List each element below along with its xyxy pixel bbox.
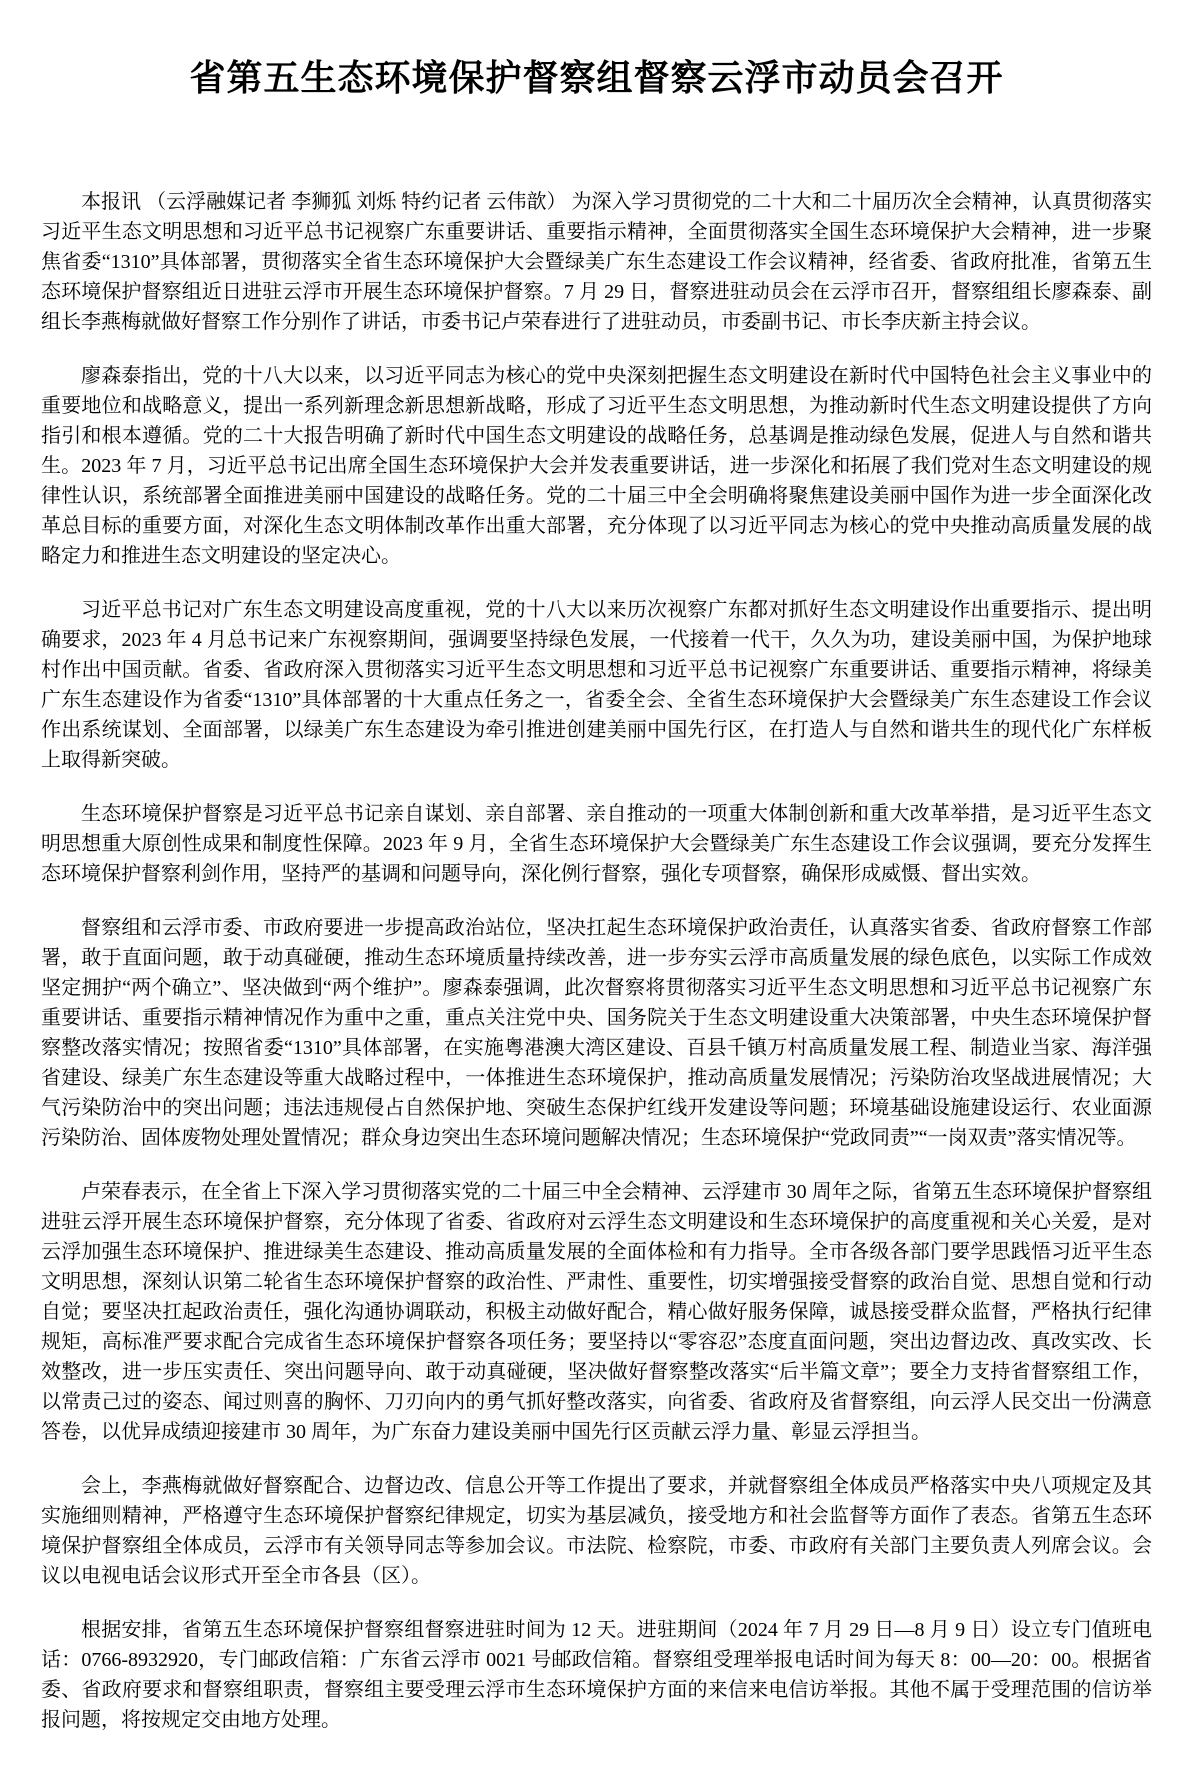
article-title: 省第五生态环境保护督察组督察云浮市动员会召开 xyxy=(41,56,1152,101)
article-body: 本报讯 （云浮融媒记者 李狮狐 刘烁 特约记者 云伟歆） 为深入学习贯彻党的二十… xyxy=(41,187,1152,1735)
article-paragraph: 习近平总书记对广东生态文明建设高度重视，党的十八大以来历次视察广东都对抓好生态文… xyxy=(41,595,1152,775)
article-paragraph: 督察组和云浮市委、市政府要进一步提高政治站位，坚决扛起生态环境保护政治责任，认真… xyxy=(41,913,1152,1153)
article-paragraph-lede: 本报讯 （云浮融媒记者 李狮狐 刘烁 特约记者 云伟歆） 为深入学习贯彻党的二十… xyxy=(41,187,1152,337)
article-page: 省第五生态环境保护督察组督察云浮市动员会召开 本报讯 （云浮融媒记者 李狮狐 刘… xyxy=(0,0,1193,1775)
article-paragraph-notice: 根据安排，省第五生态环境保护督察组督察进驻时间为 12 天。进驻期间（2024 … xyxy=(41,1615,1152,1735)
article-paragraph: 会上，李燕梅就做好督察配合、边督边改、信息公开等工作提出了要求，并就督察组全体成… xyxy=(41,1471,1152,1591)
article-paragraph: 生态环境保护督察是习近平总书记亲自谋划、亲自部署、亲自推动的一项重大体制创新和重… xyxy=(41,799,1152,889)
article-paragraph: 卢荣春表示，在全省上下深入学习贯彻落实党的二十届三中全会精神、云浮建市 30 周… xyxy=(41,1177,1152,1447)
article-paragraph: 廖森泰指出，党的十八大以来，以习近平同志为核心的党中央深刻把握生态文明建设在新时… xyxy=(41,361,1152,571)
